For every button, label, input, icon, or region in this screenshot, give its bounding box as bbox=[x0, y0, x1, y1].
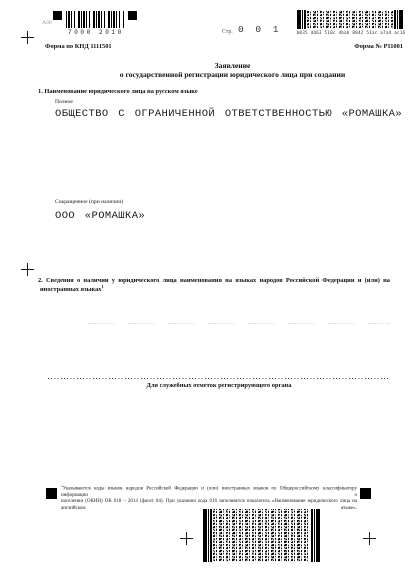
crop-mark-bottom-right bbox=[363, 532, 376, 545]
dotted-field-placeholder bbox=[128, 323, 154, 325]
barcode-digits: 7000 2010 bbox=[68, 29, 124, 36]
full-name-value: ОБЩЕСТВО С ОГРАНИЧЕННОЙ ОТВЕТСТВЕННОСТЬЮ… bbox=[55, 108, 402, 120]
page-number-label: Стр. bbox=[222, 29, 233, 35]
dotted-field-placeholder bbox=[208, 323, 234, 325]
barcode-noise bbox=[213, 509, 310, 562]
crop-mark-top-left bbox=[21, 31, 34, 44]
dotted-field-placeholder bbox=[88, 323, 114, 325]
section2-heading-line2: иностранных языках1 bbox=[40, 285, 390, 294]
full-name-label: Полное bbox=[55, 99, 73, 105]
barcode-hex-label: b035 d463 510c 4bab 0842 51ac a7a4 ac16 bbox=[296, 31, 406, 36]
dotted-field-placeholder bbox=[328, 323, 354, 325]
footnote-line1: 1Указываются коды языков народов Российс… bbox=[61, 486, 357, 499]
barcode-edge bbox=[393, 10, 403, 29]
barcode-2d-large-icon bbox=[203, 509, 320, 562]
page-number-value: 0 0 1 bbox=[238, 24, 282, 35]
registration-square bbox=[53, 11, 62, 20]
footnote-ref-marker: 1 bbox=[102, 284, 104, 289]
dotted-field-placeholder bbox=[168, 323, 194, 325]
barcode-code-label: А08 bbox=[42, 20, 52, 26]
crop-mark-bottom-left bbox=[180, 532, 193, 545]
short-name-value: ООО «РОМАШКА» bbox=[55, 210, 145, 222]
form-number-label: Форма № Р11001 bbox=[297, 43, 403, 50]
dotted-field-placeholder bbox=[248, 323, 274, 325]
form-title-line2: о государственной регистрации юридическо… bbox=[60, 70, 405, 79]
dotted-field-placeholder bbox=[288, 323, 314, 325]
barcode-edge bbox=[297, 10, 307, 29]
service-marks-label: Для служебных отметок регистрирующего ор… bbox=[48, 382, 390, 389]
dotted-field-placeholder bbox=[368, 323, 390, 325]
section2-heading: 2. Сведения о наличии у юридического лиц… bbox=[38, 276, 390, 294]
footnote-block: 1Указываются коды языков народов Российс… bbox=[61, 486, 357, 512]
barcode-2d-icon bbox=[297, 10, 403, 29]
form-title-line1: Заявление bbox=[60, 61, 405, 70]
short-name-label: Сокращенное (при наличии) bbox=[55, 199, 123, 205]
registration-square bbox=[128, 11, 137, 20]
section1-heading: 1. Наименование юридического лица на рус… bbox=[38, 88, 198, 95]
barcode-1d-icon bbox=[66, 11, 124, 28]
section2-heading-line1: 2. Сведения о наличии у юридического лиц… bbox=[38, 276, 390, 285]
registration-square bbox=[46, 488, 57, 499]
form-page: А08 7000 2010 Форма по КНД 1111501 Стр. … bbox=[0, 0, 413, 584]
crop-mark-middle-left bbox=[21, 263, 34, 276]
form-knd-label: Форма по КНД 1111501 bbox=[45, 43, 112, 50]
barcode-noise bbox=[307, 10, 393, 29]
registration-square bbox=[360, 488, 371, 499]
barcode-edge bbox=[310, 509, 320, 562]
service-marks-divider bbox=[48, 378, 390, 379]
barcode-edge bbox=[203, 509, 213, 562]
